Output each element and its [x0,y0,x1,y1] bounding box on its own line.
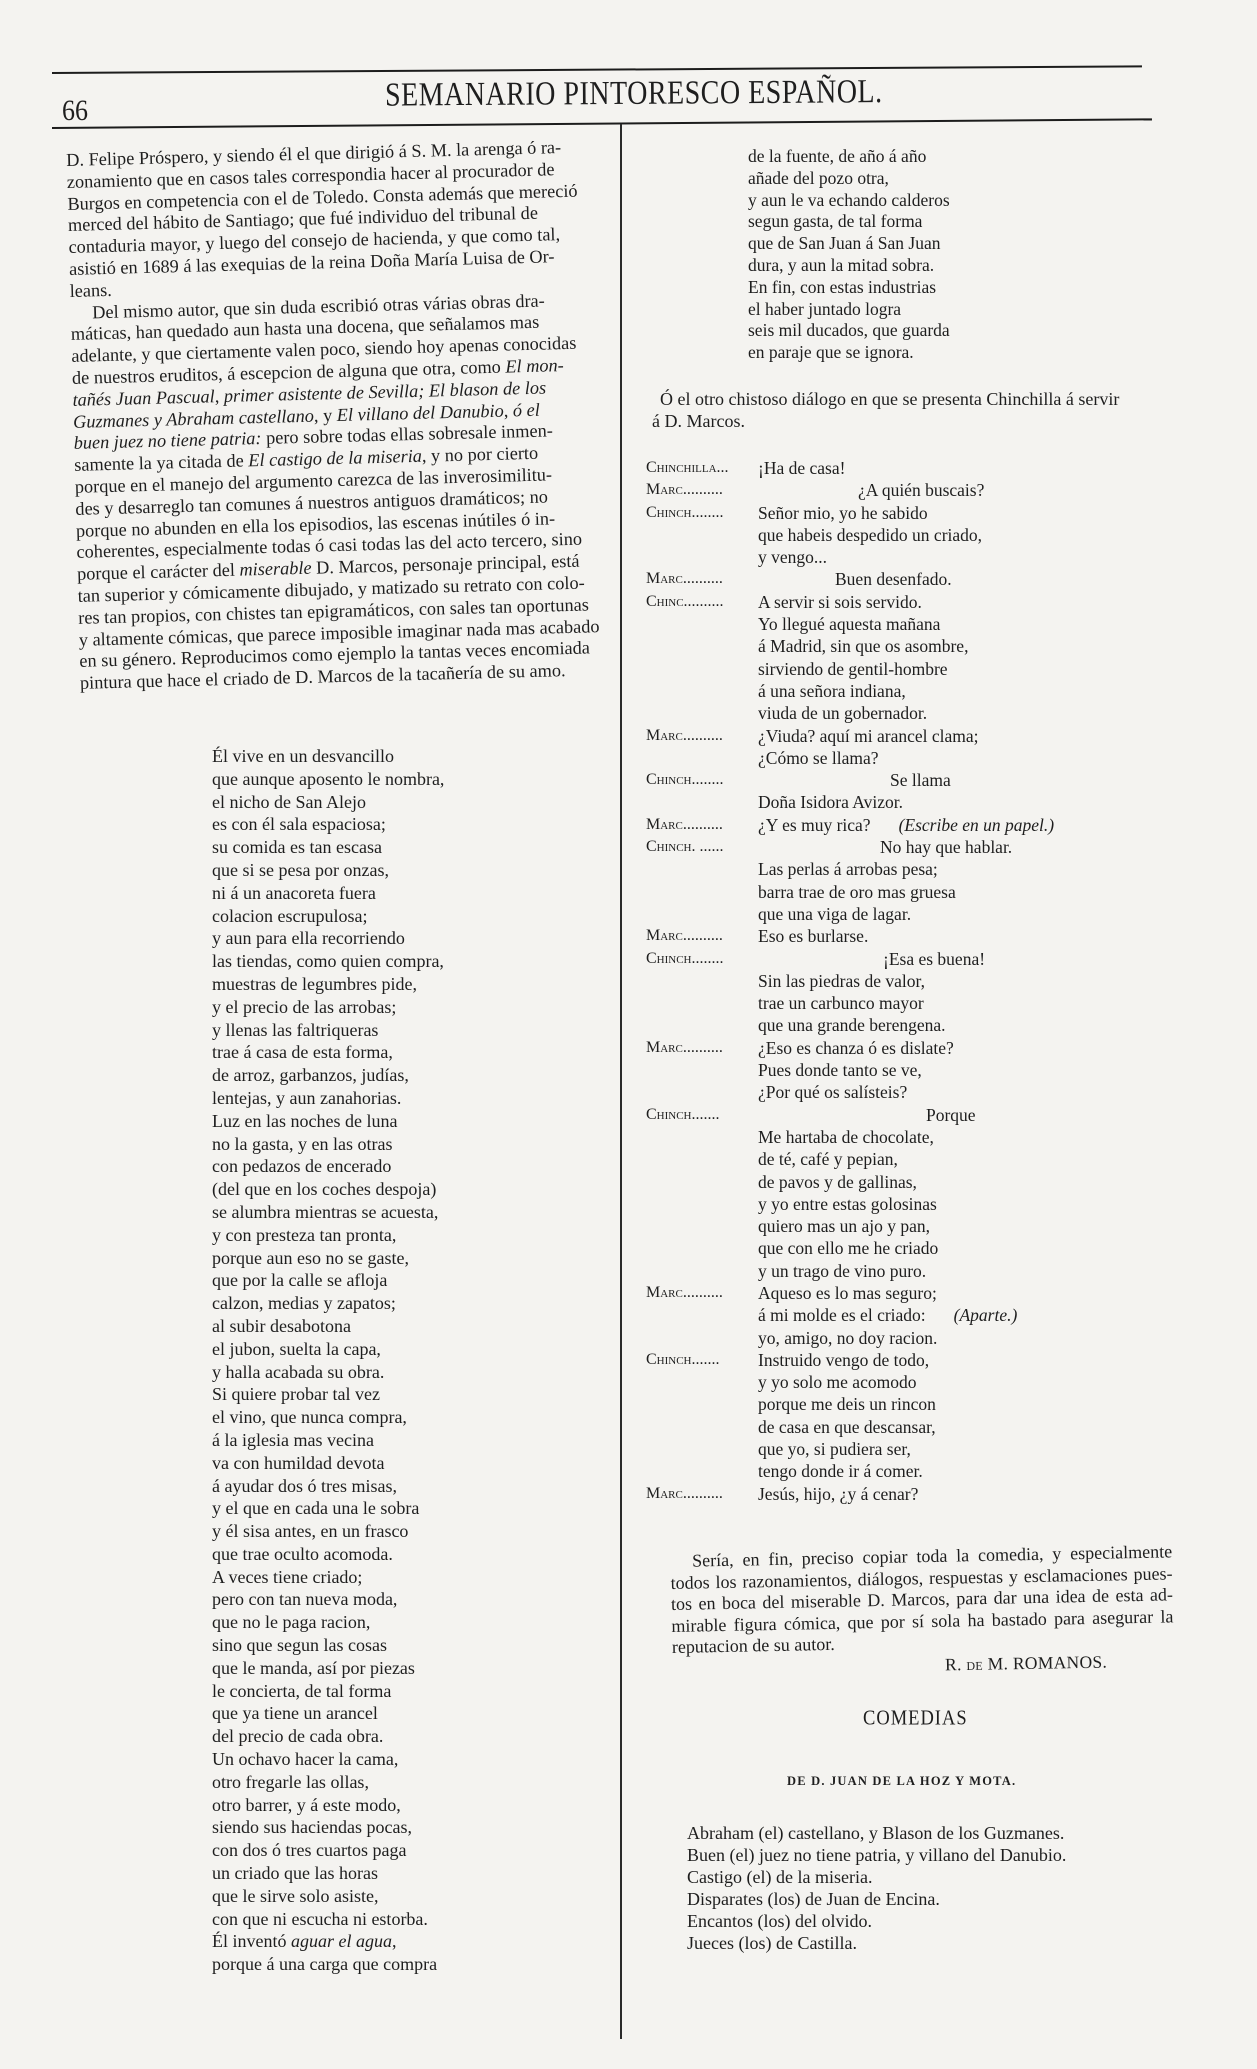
speaker-label: Chinc.......... [646,591,758,613]
column-divider [620,124,622,2039]
speech-text: que con ello me he criado [758,1237,938,1259]
verse-line: ni á un anacoreta fuera [212,882,444,905]
dialogue-line: Marc..........Jesús, hijo, ¿y á cenar? [646,1483,1054,1505]
dialogue-line: de té, café y pepian, [646,1148,1054,1170]
verse-line: dura, y aun la mitad sobra. [748,255,950,277]
speech-text: ¡Ha de casa! [758,457,845,479]
left-column-prose: D. Felipe Próspero, y siendo él el que d… [66,139,498,695]
speaker-label [646,1193,758,1215]
work-item: Buen (el) juez no tiene patria, y villan… [687,1844,1066,1866]
signature-de: DE [966,1659,983,1673]
dialogue-line: Chinch. ......No hay que hablar. [646,836,1054,858]
speech-text: á una señora indiana, [758,680,906,702]
dialogue-line: á mi molde es el criado:(Aparte.) [646,1304,1054,1326]
dialogue-line: porque me deis un rincon [646,1393,1054,1415]
verse-line: otro barrer, y á este modo, [212,1794,444,1817]
speech-text: trae un carbunco mayor [758,992,924,1014]
speech-text: que una viga de lagar. [758,903,911,925]
verse-line: lentejas, y aun zanahorias. [212,1087,444,1110]
verse-line: otro fregarle las ollas, [212,1771,444,1794]
verse-line: que le sirve solo asiste, [212,1885,444,1908]
italic-word: miserable [239,558,312,580]
speech-text: Sin las piedras de valor, [758,970,925,992]
verse-line: y aun le va echando calderos [748,190,950,212]
speech-text: barra trae de oro mas gruesa [758,881,956,903]
verse-line: segun gasta, de tal forma [748,211,950,233]
speech-text: porque me deis un rincon [758,1393,936,1415]
speech-text: y un trago de vino puro. [758,1260,926,1282]
dialogue-line: de casa en que descansar, [646,1416,1054,1438]
dialogue-line: ¿Cómo se llama? [646,747,1054,769]
verse-line: no la gasta, y en las otras [212,1133,444,1156]
verse-text: Él inventó [212,1931,287,1951]
speaker-label: Chinch........ [646,502,758,524]
speech-text: de pavos y de gallinas, [758,1171,917,1193]
dialogue-line: Marc..........¿Viuda? aquí mi arancel cl… [646,725,1054,747]
verse-line: Él inventó aguar el agua, [212,1930,444,1953]
verse-line: su comida es tan escasa [212,836,444,859]
speaker-label: Marc.......... [646,725,758,747]
verse-line: á la iglesia mas vecina [212,1429,444,1452]
signature-name: M. ROMANOS. [987,1652,1107,1674]
dialogue-line: barra trae de oro mas gruesa [646,881,1054,903]
verse-line: sino que segun las cosas [212,1634,444,1657]
dialogue-line: y un trago de vino puro. [646,1260,1054,1282]
speech-text: y vengo... [758,546,827,568]
intro-line: á D. Marcos. [652,411,1152,433]
verse-line: En fin, con estas industrias [748,277,950,299]
speech-text: Buen desenfado. [758,568,952,590]
speech-text: ¿Eso es chanza ó es dislate? [758,1037,954,1059]
dialogue-line: que con ello me he criado [646,1237,1054,1259]
speaker-label [646,881,758,903]
verse-line: que ya tiene un arancel [212,1702,444,1725]
verse-line: Si quiere probar tal vez [212,1383,444,1406]
speaker-label: Chinch. ...... [646,836,758,858]
closing-paragraph: Sería, en fin, preciso copiar toda la co… [670,1541,1174,1658]
works-list: Abraham (el) castellano, y Blason de los… [687,1822,1066,1954]
verse-line: y con presteza tan pronta, [212,1224,444,1247]
speaker-label [646,858,758,880]
dialogue-line: Chinch........¡Esa es buena! [646,948,1054,970]
dialogue-line: Marc..........¿A quién buscais? [646,479,1054,501]
right-column-poem: de la fuente, de año á añoañade del pozo… [748,146,950,364]
speech-text: á mi molde es el criado: [758,1304,926,1326]
verse-line: pero con tan nueva moda, [212,1588,444,1611]
verse-line: las tiendas, como quien compra, [212,950,444,973]
dialogue-line: Chinch........Se llama [646,769,1054,791]
verse-line: que trae oculto acomoda. [212,1543,444,1566]
speech-text: A servir si sois servido. [758,591,922,613]
verse-line: que aunque aposento le nombra, [212,768,444,791]
speaker-label [646,1393,758,1415]
speech-text: quiero mas un ajo y pan, [758,1215,930,1237]
signature-initial: R. [945,1654,962,1674]
speaker-label: Marc.......... [646,479,758,501]
speech-text: que habeis despedido un criado, [758,524,982,546]
dialogue-line: Las perlas á arrobas pesa; [646,858,1054,880]
speech-text: ¿Y es muy rica? [758,814,871,836]
speaker-label [646,747,758,769]
verse-line: va con humildad devota [212,1452,444,1475]
speech-text: ¿Cómo se llama? [758,747,879,769]
dialogue-line: Chinc..........A servir si sois servido. [646,591,1054,613]
dialogue-line: que una grande berengena. [646,1014,1054,1036]
dialogue-line: viuda de un gobernador. [646,702,1054,724]
speaker-label [646,546,758,568]
author-signature: R. DE M. ROMANOS. [945,1652,1107,1676]
speech-text: Porque [758,1104,976,1126]
verse-line: muestras de legumbres pide, [212,973,444,996]
speaker-label [646,680,758,702]
speaker-label: Chinchilla... [646,457,758,479]
speaker-label [646,635,758,657]
work-item: Abraham (el) castellano, y Blason de los… [687,1822,1066,1844]
speech-text: ¡Esa es buena! [758,948,985,970]
speaker-label: Marc.......... [646,814,758,836]
speaker-label [646,1371,758,1393]
speech-text: Pues donde tanto se ve, [758,1059,922,1081]
dialogue-line: Marc..........¿Eso es chanza ó es dislat… [646,1037,1054,1059]
verse-line: que si se pesa por onzas, [212,859,444,882]
verse-line: (del que en los coches despoja) [212,1178,444,1201]
speech-text: ¿A quién buscais? [758,479,984,501]
speech-text: tengo donde ir á comer. [758,1460,923,1482]
speaker-label [646,1304,758,1326]
italic-title: tañés Juan Pascual [72,386,215,410]
dialogue-line: de pavos y de gallinas, [646,1171,1054,1193]
dialogue-intro: Ó el otro chistoso diálogo en que se pre… [652,389,1152,432]
speech-text: Se llama [758,769,951,791]
dialogue-line: Marc..........Buen desenfado. [646,568,1054,590]
speech-text: viuda de un gobernador. [758,702,927,724]
verse-line: que le manda, así por piezas [212,1657,444,1680]
masthead-title: SEMANARIO PINTORESCO ESPAÑOL. [385,73,883,115]
speaker-label [646,1460,758,1482]
verse-line: porque á una carga que compra [212,1953,444,1976]
speaker-label: Chinch........ [646,769,758,791]
dialogue-line: que yo, si pudiera ser, [646,1438,1054,1460]
speech-text: Aqueso es lo mas seguro; [758,1282,937,1304]
verse-line: que por la calle se afloja [212,1269,444,1292]
speech-text: Las perlas á arrobas pesa; [758,858,938,880]
speaker-label [646,992,758,1014]
dialogue-line: Marc..........¿Y es muy rica?(Escribe en… [646,814,1054,836]
dialogue-line: Marc..........Eso es burlarse. [646,925,1054,947]
speech-text: Señor mio, yo he sabido [758,502,928,524]
dialogue-line: tengo donde ir á comer. [646,1460,1054,1482]
verse-line: es con él sala espaciosa; [212,813,444,836]
speech-text: á Madrid, sin que os asombre, [758,635,968,657]
verse-line: del precio de cada obra. [212,1725,444,1748]
speaker-label [646,1438,758,1460]
verse-line: con dos ó tres cuartos paga [212,1839,444,1862]
verse-line: y aun para ella recorriendo [212,927,444,950]
verse-line: siendo sus haciendas pocas, [212,1816,444,1839]
speaker-label [646,1148,758,1170]
dialogue-line: sirviendo de gentil-hombre [646,658,1054,680]
speaker-label [646,903,758,925]
dialogue-line: Marc..........Aqueso es lo mas seguro; [646,1282,1054,1304]
speaker-label [646,1126,758,1148]
dialogue-line: Doña Isidora Avizor. [646,791,1054,813]
verse-line: con que ni escucha ni estorba. [212,1908,444,1931]
speech-text: Jesús, hijo, ¿y á cenar? [758,1483,918,1505]
work-item: Jueces (los) de Castilla. [687,1932,1066,1954]
verse-line: al subir desabotona [212,1315,444,1338]
speaker-label [646,1237,758,1259]
intro-line: Ó el otro chistoso diálogo en que se pre… [652,389,1152,411]
speaker-label [646,1171,758,1193]
verse-line: seis mil ducados, que guarda [748,320,950,342]
verse-line: y halla acabada su obra. [212,1361,444,1384]
dialogue-line: y vengo... [646,546,1054,568]
dialogue-line: ¿Por qué os salísteis? [646,1081,1054,1103]
dialogue-line: y yo solo me acomodo [646,1371,1054,1393]
speaker-label [646,702,758,724]
verse-line: Él vive en un desvancillo [212,745,444,768]
speaker-label [646,1215,758,1237]
verse-line: y el que en cada una le sobra [212,1497,444,1520]
speech-text: ¿Por qué os salísteis? [758,1081,907,1103]
work-item: Castigo (el) de la miseria. [687,1866,1066,1888]
verse-line: calzon, medias y zapatos; [212,1292,444,1315]
speech-text: Instruido vengo de todo, [758,1349,929,1371]
page-number: 66 [62,94,88,129]
verse-line: en paraje que se ignora. [748,342,950,364]
speaker-label: Marc.......... [646,925,758,947]
dialogue-line: Chinch.......Instruido vengo de todo, [646,1349,1054,1371]
speech-text: de té, café y pepian, [758,1148,898,1170]
verse-line: trae á casa de esta forma, [212,1041,444,1064]
verse-line: se alumbra mientras se acuesta, [212,1201,444,1224]
work-item: Encantos (los) del olvido. [687,1910,1066,1932]
dialogue-line: á Madrid, sin que os asombre, [646,635,1054,657]
speaker-label [646,1327,758,1349]
speaker-label: Marc.......... [646,568,758,590]
speaker-label [646,1416,758,1438]
verse-line: añade del pozo otra, [748,168,950,190]
dialogue-line: Me hartaba de chocolate, [646,1126,1054,1148]
dialogue-line: Chinch........Señor mio, yo he sabido [646,502,1054,524]
speaker-label: Marc.......... [646,1483,758,1505]
italic-title: El castigo de la miseria [248,446,422,471]
speaker-label: Marc.......... [646,1282,758,1304]
verse-line: el jubon, suelta la capa, [212,1338,444,1361]
speaker-label: Chinch....... [646,1349,758,1371]
speech-text: Eso es burlarse. [758,925,868,947]
verse-line: el nicho de San Alejo [212,791,444,814]
dialogue-line: trae un carbunco mayor [646,992,1054,1014]
speaker-label [646,791,758,813]
speech-text: y yo solo me acomodo [758,1371,916,1393]
section-title: COMEDIAS [863,1707,968,1731]
speech-text: de casa en que descansar, [758,1416,936,1438]
verse-line: y el precio de las arrobas; [212,996,444,1019]
section-subtitle: DE D. JUAN DE LA HOZ Y MOTA. [787,1774,1016,1789]
verse-line: y llenas las faltriqueras [212,1019,444,1042]
italic-title: El mon- [505,355,564,377]
speech-text: que una grande berengena. [758,1014,946,1036]
verse-line: le concierta, de tal forma [212,1680,444,1703]
dialogue-line: que habeis despedido un criado, [646,524,1054,546]
verse-line: porque aun eso no se gaste, [212,1247,444,1270]
speech-text: Yo llegué aquesta mañana [758,613,940,635]
speaker-label: Marc.......... [646,1037,758,1059]
verse-line: que no le paga racion, [212,1611,444,1634]
verse-line: A veces tiene criado; [212,1566,444,1589]
verse-line: á ayudar dos ó tres misas, [212,1475,444,1498]
dialogue: Chinchilla...¡Ha de casa!Marc..........¿… [646,457,1054,1505]
speech-text: Me hartaba de chocolate, [758,1126,934,1148]
dialogue-line: Chinchilla...¡Ha de casa! [646,457,1054,479]
speech-text: y yo entre estas golosinas [758,1193,937,1215]
verse-line: Un ochavo hacer la cama, [212,1748,444,1771]
header-top-rule [52,65,1142,74]
dialogue-line: Yo llegué aquesta mañana [646,613,1054,635]
verse-line: y él sisa antes, en un frasco [212,1520,444,1543]
speaker-label: Chinch........ [646,948,758,970]
speech-text: Doña Isidora Avizor. [758,791,903,813]
speaker-label: Chinch....... [646,1104,758,1126]
verse-line: con pedazos de encerado [212,1155,444,1178]
verse-line: de arroz, garbanzos, judías, [212,1064,444,1087]
speaker-label [646,1014,758,1036]
left-column-poem: Él vive en un desvancilloque aunque apos… [212,745,444,1976]
dialogue-line: Sin las piedras de valor, [646,970,1054,992]
speaker-label [646,1059,758,1081]
dialogue-line: que una viga de lagar. [646,903,1054,925]
verse-line: el vino, que nunca compra, [212,1406,444,1429]
speech-text: ¿Viuda? aquí mi arancel clama; [758,725,979,747]
newspaper-page: 66 SEMANARIO PINTORESCO ESPAÑOL. D. Feli… [0,0,1257,2069]
dialogue-line: á una señora indiana, [646,680,1054,702]
speaker-label [646,524,758,546]
speech-text: yo, amigo, no doy racion. [758,1327,937,1349]
speaker-label [646,613,758,635]
italic-phrase: aguar el agua [291,1931,392,1951]
speech-text: que yo, si pudiera ser, [758,1438,911,1460]
punctuation: , [392,1931,397,1951]
stage-direction: (Escribe en un papel.) [871,814,1055,836]
dialogue-line: Pues donde tanto se ve, [646,1059,1054,1081]
speaker-label [646,1081,758,1103]
stage-direction: (Aparte.) [926,1304,1018,1326]
verse-line: colacion escrupulosa; [212,905,444,928]
verse-line: Luz en las noches de luna [212,1110,444,1133]
dialogue-line: quiero mas un ajo y pan, [646,1215,1054,1237]
verse-line: que de San Juan á San Juan [748,233,950,255]
dialogue-line: yo, amigo, no doy racion. [646,1327,1054,1349]
dialogue-line: y yo entre estas golosinas [646,1193,1054,1215]
speech-text: sirviendo de gentil-hombre [758,658,948,680]
verse-line: un criado que las horas [212,1862,444,1885]
dialogue-line: Chinch.......Porque [646,1104,1054,1126]
speaker-label [646,658,758,680]
speech-text: No hay que hablar. [758,836,1012,858]
italic-title: El villano del Danubio [336,400,504,424]
verse-line: de la fuente, de año á año [748,146,950,168]
header-bottom-rule [52,118,1152,129]
speaker-label [646,1260,758,1282]
speaker-label [646,970,758,992]
italic-title: buen juez no tiene patria: [73,428,261,453]
verse-line: el haber juntado logra [748,299,950,321]
work-item: Disparates (los) de Juan de Encina. [687,1888,1066,1910]
